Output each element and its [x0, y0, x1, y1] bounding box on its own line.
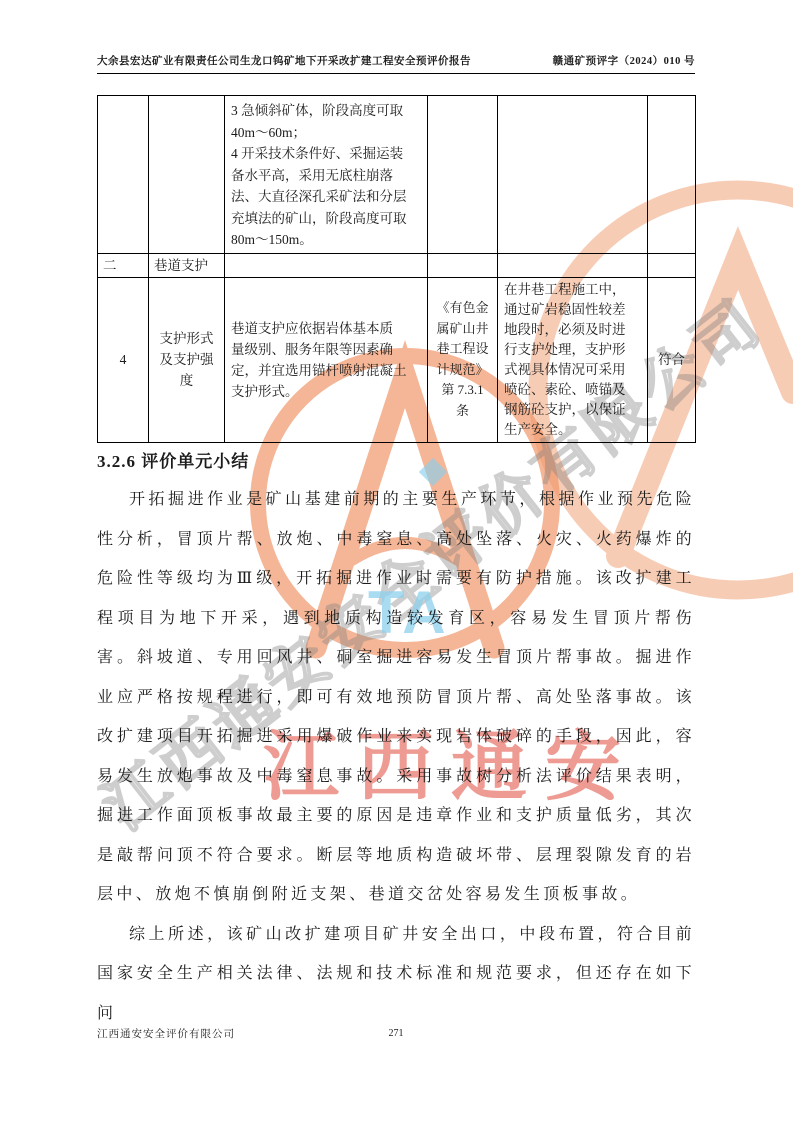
- table-row: 4 支护形式及支护强度 巷道支护应依据岩体基本质 量级别、服务年限等因素确 定，…: [98, 277, 696, 442]
- header-title: 大余县宏达矿业有限责任公司生龙口钨矿地下开采改扩建工程安全预评价报告: [97, 53, 471, 68]
- cell-conclusion: [648, 253, 696, 277]
- cell-conclusion: 符合: [648, 277, 696, 442]
- cell-item: 巷道支护: [149, 253, 225, 277]
- cell-actual: [498, 253, 648, 277]
- cell-basis: [428, 253, 498, 277]
- cell-basis: 《有色金 属矿山井 巷工程设 计规范》 第 7.3.1 条: [428, 277, 498, 442]
- cell-basis: [428, 96, 498, 254]
- cell-standard: 巷道支护应依据岩体基本质 量级别、服务年限等因素确 定，并宜选用锚杆喷射混凝土 …: [225, 277, 428, 442]
- paragraph: 综上所述，该矿山改扩建项目矿井安全出口，中段布置，符合目前国家安全生产相关法律、…: [97, 915, 695, 1034]
- header-doc-number: 赣通矿预评字（2024）010 号: [553, 53, 695, 68]
- table-row: 二 巷道支护: [98, 253, 696, 277]
- cell-conclusion: [648, 96, 696, 254]
- cell-standard: 3 急倾斜矿体，阶段高度可取 40m～60m； 4 开采技术条件好、采掘运装 备…: [225, 96, 428, 254]
- paragraph: 开拓掘进作业是矿山基建前期的主要生产环节，根据作业预先危险性分析，冒顶片帮、放炮…: [97, 480, 695, 915]
- evaluation-table: 3 急倾斜矿体，阶段高度可取 40m～60m； 4 开采技术条件好、采掘运装 备…: [97, 95, 696, 443]
- section-heading: 3.2.6 评价单元小结: [97, 447, 695, 472]
- body-text: 开拓掘进作业是矿山基建前期的主要生产环节，根据作业预先危险性分析，冒顶片帮、放炮…: [97, 480, 695, 1033]
- cell-item: [149, 96, 225, 254]
- page-content: 大余县宏达矿业有限责任公司生龙口钨矿地下开采改扩建工程安全预评价报告 赣通矿预评…: [0, 0, 793, 1122]
- document-page: 江西通安安全评价有限公司 TA 江西通安 大余县宏达矿业有限责任公司生龙口钨矿地…: [0, 0, 793, 1122]
- cell-item: 支护形式及支护强度: [149, 277, 225, 442]
- cell-standard: [225, 253, 428, 277]
- cell-no: 二: [98, 253, 149, 277]
- cell-no: [98, 96, 149, 254]
- cell-no: 4: [98, 277, 149, 442]
- page-header: 大余县宏达矿业有限责任公司生龙口钨矿地下开采改扩建工程安全预评价报告 赣通矿预评…: [97, 53, 695, 74]
- table-row: 3 急倾斜矿体，阶段高度可取 40m～60m； 4 开采技术条件好、采掘运装 备…: [98, 96, 696, 254]
- cell-actual: 在井巷工程施工中， 通过矿岩稳固性较差 地段时，必须及时进 行支护处理，支护形 …: [498, 277, 648, 442]
- page-number: 271: [97, 1028, 695, 1039]
- cell-actual: [498, 96, 648, 254]
